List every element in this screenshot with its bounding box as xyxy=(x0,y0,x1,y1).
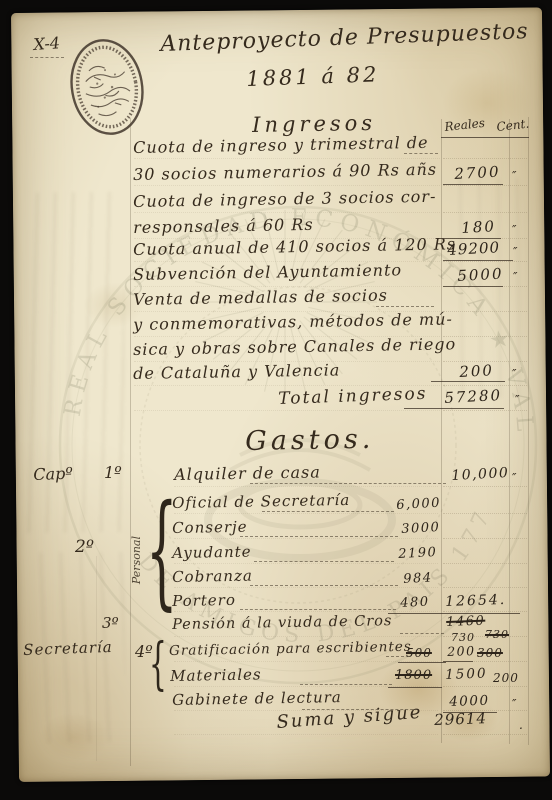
cent-value: 200 xyxy=(493,672,519,684)
amount-underline xyxy=(443,712,497,713)
dash-leader xyxy=(376,306,434,307)
row-guide-line xyxy=(134,385,440,386)
ruled-vertical-line xyxy=(130,118,131,766)
row-desc: 30 socios numerarios á 90 Rs añs xyxy=(133,162,437,183)
row-desc: Materiales xyxy=(170,667,262,684)
row-desc: Cuota anual de 410 socios á 120 Rs xyxy=(133,236,456,258)
row-guide-line xyxy=(443,185,527,186)
dash-leader xyxy=(240,609,396,610)
cent-ditto: . xyxy=(519,719,523,731)
row-desc: Cobranza xyxy=(172,569,253,585)
chapter-4-label: Secretaría xyxy=(23,640,113,658)
row-inner-amount: 6,000 xyxy=(396,497,441,512)
row-desc: Gratificación para escribientes xyxy=(169,641,412,659)
chapter-1-label: Capº xyxy=(33,466,73,483)
row-desc: Portero xyxy=(172,593,236,609)
row-guide-line xyxy=(174,486,438,487)
dash-leader xyxy=(386,656,404,657)
chapter-3-num: 3º xyxy=(102,616,119,631)
row-guide-line xyxy=(443,410,527,411)
chapter-2-num: 2º xyxy=(75,539,94,556)
row-guide-line xyxy=(174,661,438,662)
row-desc: Cuota de ingreso de 3 socios cor- xyxy=(133,189,437,210)
row-guide-line xyxy=(443,636,527,637)
cent-value: 300 xyxy=(477,647,503,659)
dash-leader xyxy=(240,536,398,537)
amount-underline xyxy=(388,687,442,688)
row-inner-amount: 480 xyxy=(400,595,430,610)
row-desc: Alquiler de casa xyxy=(174,464,321,483)
total-label: Total ingresos xyxy=(278,386,428,408)
row-guide-line xyxy=(443,710,527,711)
row-guide-line xyxy=(443,587,527,588)
row-guide-line xyxy=(443,361,527,362)
dash-leader xyxy=(30,57,64,58)
row-desc: Venta de medallas de socios xyxy=(133,288,388,308)
ruled-vertical-line xyxy=(528,117,529,745)
row-guide-line xyxy=(443,261,527,262)
row-guide-line xyxy=(134,261,440,262)
row-desc: responsales á 60 Rs xyxy=(133,217,314,236)
row-guide-line xyxy=(443,385,527,386)
row-guide-line xyxy=(134,212,440,213)
row-amount: 180 xyxy=(461,219,496,236)
dash-leader xyxy=(250,483,446,484)
row-desc: Gabinete de lectura xyxy=(172,690,342,708)
row-amount-revised: 730 xyxy=(451,632,475,643)
row-amount: 4000 xyxy=(449,695,490,710)
row-amount: 200 xyxy=(459,363,494,380)
row-amount: 10,000 xyxy=(451,466,510,483)
cent-ditto: ″ xyxy=(512,224,516,236)
row-guide-line xyxy=(443,686,527,687)
row-amount: 2700 xyxy=(454,165,501,182)
cent-ditto: ″ xyxy=(513,246,517,258)
row-guide-line xyxy=(134,286,440,287)
row-amount: 1500 xyxy=(445,668,488,683)
corner-mark: X-4 xyxy=(33,35,60,53)
cent-ditto: ″ xyxy=(513,271,517,283)
ruled-vertical-line xyxy=(96,556,97,761)
amount-underline xyxy=(441,137,529,138)
row-desc: Subvención del Ayuntamiento xyxy=(133,262,402,283)
row-amount: 1460 xyxy=(446,615,486,629)
col-header-cent: Cent. xyxy=(496,118,530,133)
cent-ditto: ″ xyxy=(515,394,519,406)
row-guide-line xyxy=(443,238,527,239)
cent-ditto: ″ xyxy=(512,170,516,182)
row-inner-amount: 984 xyxy=(403,571,433,586)
row-guide-line xyxy=(134,158,440,159)
total-amount: 57280 xyxy=(444,388,502,406)
row-guide-line xyxy=(443,563,527,564)
row-desc: Conserje xyxy=(172,520,248,536)
row-guide-line xyxy=(134,336,440,337)
row-desc: Ayudante xyxy=(172,545,252,561)
row-guide-line xyxy=(134,410,440,411)
dash-leader xyxy=(404,153,438,154)
chapter-4-brace: { xyxy=(149,637,167,693)
row-guide-line xyxy=(443,513,527,514)
row-guide-line xyxy=(174,611,438,612)
row-guide-line xyxy=(443,212,527,213)
row-guide-line xyxy=(443,611,527,612)
row-inner-amount: 1800 xyxy=(395,669,432,682)
row-guide-line xyxy=(174,686,438,687)
title-line1: Anteproyecto de Presupuestos xyxy=(160,21,529,56)
row-desc: Oficial de Secretaría xyxy=(172,493,350,511)
row-guide-line xyxy=(174,636,438,637)
row-guide-line xyxy=(134,361,440,362)
dash-leader xyxy=(250,585,398,586)
dash-leader xyxy=(262,511,394,512)
col-header-reales: Reales xyxy=(444,117,485,133)
cent-value: 730 xyxy=(485,629,509,640)
row-guide-line xyxy=(443,734,527,735)
row-guide-line xyxy=(174,734,438,735)
row-guide-line xyxy=(443,286,527,287)
row-amount: 12654. xyxy=(445,593,506,609)
row-inner-amount: 500 xyxy=(406,647,432,659)
row-guide-line xyxy=(134,311,440,312)
row-desc: sica y obras sobre Canales de riego xyxy=(133,336,456,358)
gastos-title: Gastos. xyxy=(245,426,375,455)
chapter-1-num: 1º xyxy=(104,465,122,481)
row-guide-line xyxy=(443,486,527,487)
ingresos-title: Ingresos xyxy=(252,113,376,136)
ruled-vertical-line xyxy=(441,119,442,743)
dash-leader xyxy=(300,684,392,685)
amount-underline xyxy=(404,408,504,409)
row-guide-line xyxy=(443,661,527,662)
cent-ditto: ″ xyxy=(512,698,516,710)
row-guide-line xyxy=(174,538,438,539)
handwriting-layer: X-4Anteproyecto de Presupuestos1881 á 82… xyxy=(0,0,552,800)
row-guide-line xyxy=(174,587,438,588)
row-desc: Pensión á la viuda de Cros xyxy=(172,614,393,632)
cent-ditto: ″ xyxy=(512,368,516,380)
row-guide-line xyxy=(443,311,527,312)
cent-ditto: ″ xyxy=(512,472,516,484)
amount-underline xyxy=(431,381,505,382)
row-guide-line xyxy=(174,513,438,514)
amount-underline xyxy=(388,613,520,614)
row-amount: 200 xyxy=(447,645,476,658)
row-inner-amount: 2190 xyxy=(398,546,438,561)
row-guide-line xyxy=(174,563,438,564)
amount-underline xyxy=(398,662,446,663)
row-amount: 49200 xyxy=(447,240,500,258)
row-guide-line xyxy=(443,538,527,539)
row-guide-line xyxy=(134,185,440,186)
row-guide-line xyxy=(174,710,438,711)
row-inner-amount: 3000 xyxy=(401,521,441,536)
title-line2: 1881 á 82 xyxy=(246,64,380,90)
row-amount: 5000 xyxy=(457,267,504,284)
dash-leader xyxy=(254,561,394,562)
row-guide-line xyxy=(443,158,527,159)
row-guide-line xyxy=(443,336,527,337)
row-desc: Cuota de ingreso y trimestral de xyxy=(133,135,429,156)
dash-leader xyxy=(400,633,444,634)
chapter-2-side-note: Personal xyxy=(131,536,142,584)
row-desc: de Cataluña y Valencia xyxy=(133,362,340,382)
row-desc: y conmemorativas, métodos de mú- xyxy=(133,311,453,333)
row-guide-line xyxy=(134,238,440,239)
